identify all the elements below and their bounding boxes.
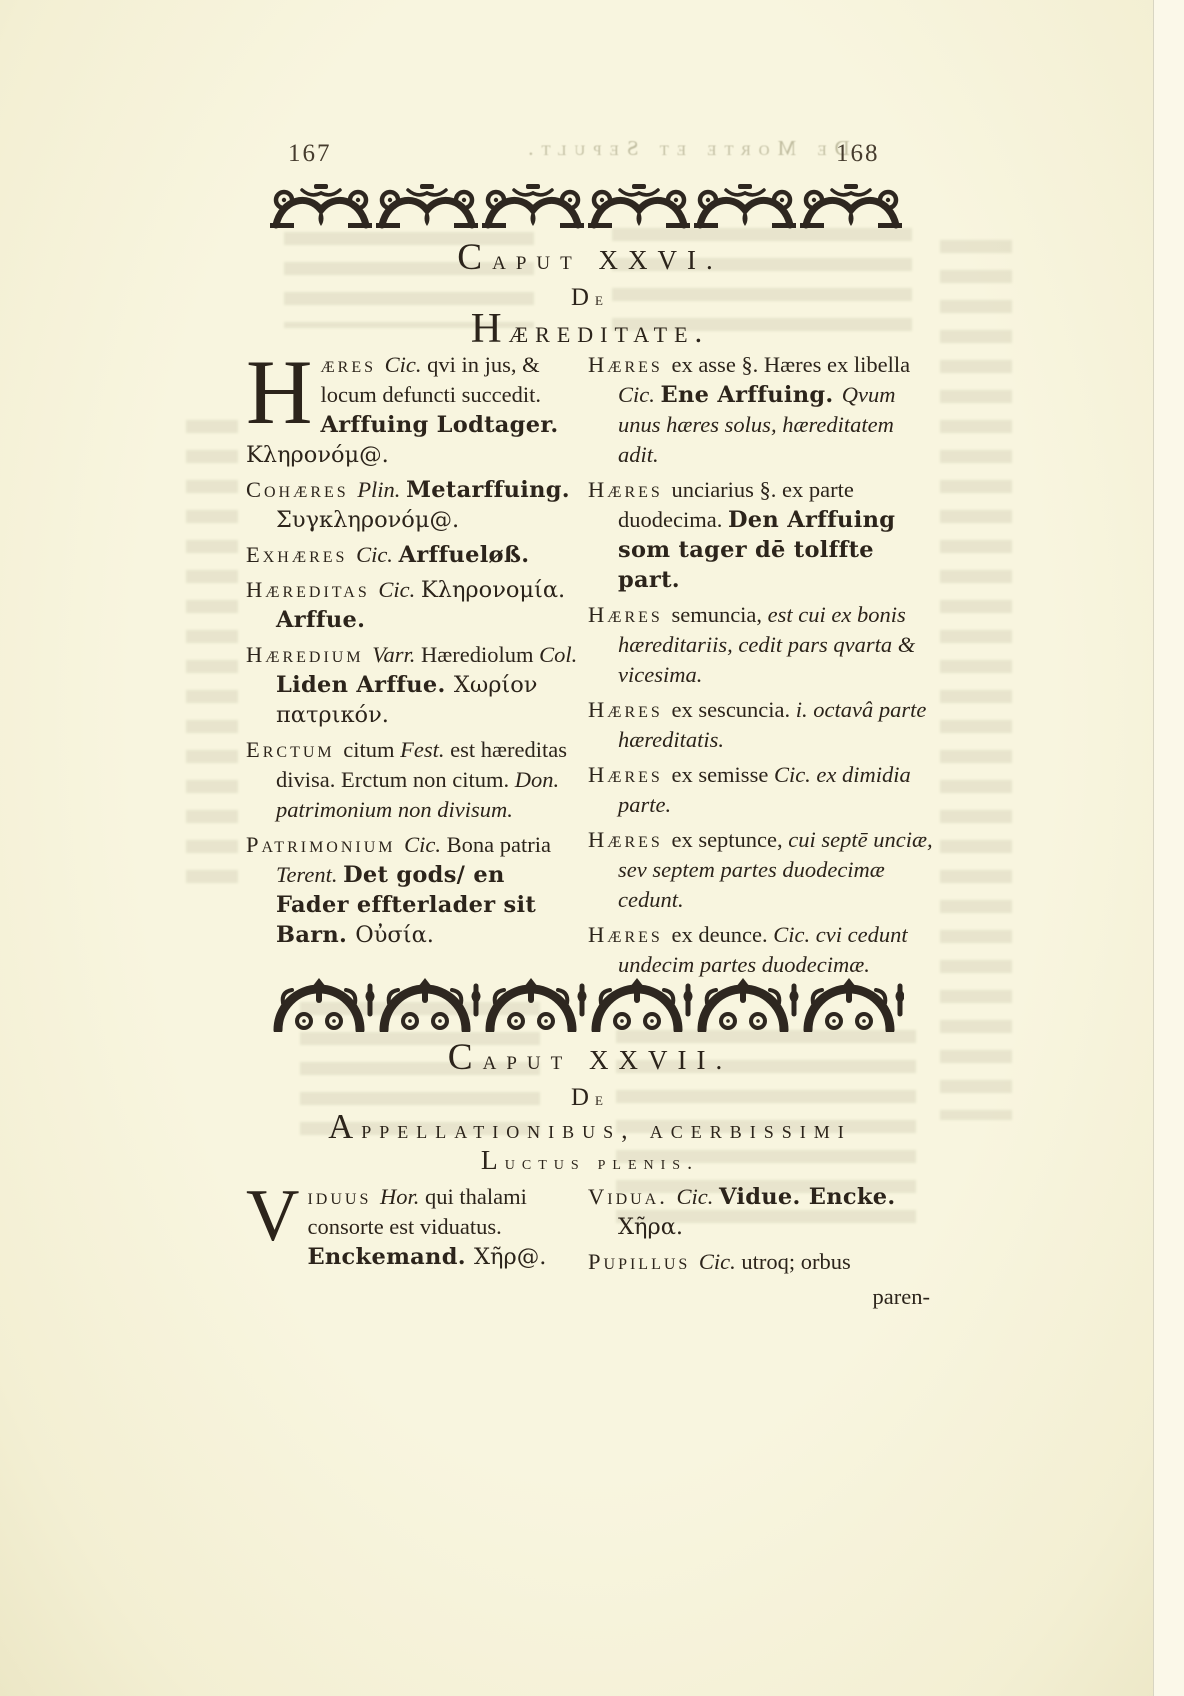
text-segment-sc: Exhæres	[246, 542, 356, 567]
text-segment-i: Fest.	[400, 737, 450, 762]
text-segment-r: ex semisse	[671, 762, 773, 787]
entry-text: iduus Hor. qui thalami consorte est vidu…	[307, 1184, 546, 1269]
text-segment-sc: Hæres	[588, 697, 671, 722]
text-segment-i: Col.	[539, 642, 577, 667]
text-segment-sc: Hæres	[588, 477, 671, 502]
text-segment-fr: Metarffuing.	[406, 477, 570, 503]
chapter-title-line1: Appellationibus, acerbissimi	[245, 1108, 935, 1147]
text-segment-sc: Hæreditas	[246, 577, 378, 602]
text-segment-sc: iduus	[307, 1184, 380, 1209]
text-segment-i: Cic.	[385, 352, 428, 377]
ghost-bleedthrough	[186, 420, 238, 890]
column-number-left: 167	[288, 140, 332, 168]
text-segment-r: ex sescuncia.	[671, 697, 795, 722]
text-segment-r: semuncia,	[671, 602, 767, 627]
text-segment-i: Cic.	[404, 832, 447, 857]
dictionary-entry: Vidua. Cic. Vidue. Encke. Χῆρα.	[588, 1182, 934, 1242]
dictionary-entry: Hæres ex septunce, cui septē unciæ, sev …	[588, 825, 934, 915]
text-segment-r: citum	[343, 737, 400, 762]
text-segment-sc: Hæres	[588, 922, 671, 947]
dictionary-entry: Hæres unciarius §. ex parte duodecima. D…	[588, 475, 934, 595]
headpiece-ornament	[268, 183, 904, 231]
text-segment-i: Cic.	[699, 1249, 742, 1274]
text-segment-sc: Hæres	[588, 352, 671, 377]
text-segment-i: Cic.	[356, 542, 399, 567]
text-segment-r: Bona patria	[447, 832, 551, 857]
dictionary-entry: Hæres Cic. qvi in jus, & locum defuncti …	[246, 350, 578, 470]
column-number-right: 168	[836, 140, 880, 168]
drop-cap-initial: H	[246, 350, 320, 430]
page-edge	[1153, 0, 1184, 1696]
text-segment-sc: Cohæres	[246, 477, 357, 502]
text-segment-r: utroq; orbus	[741, 1249, 850, 1274]
drop-cap-initial: V	[246, 1182, 307, 1246]
text-segment-sc: Patrimonium	[246, 832, 404, 857]
chapter-heading: Caput XXVI.	[245, 236, 935, 279]
text-segment-sc: Hæres	[588, 762, 671, 787]
left-column: Viduus Hor. qui thalami consorte est vid…	[246, 1182, 578, 1277]
text-segment-i: Plin.	[357, 477, 406, 502]
right-column: Hæres ex asse §. Hæres ex libella Cic. E…	[588, 350, 934, 985]
text-segment-sc: Hæres	[588, 602, 671, 627]
chapter-title: Hæreditate.	[245, 304, 935, 353]
dictionary-entry: Erctum citum Fest. est hæreditas divisa.…	[246, 735, 578, 825]
tailpiece-ornament	[268, 976, 904, 1032]
text-segment-r: Hærediolum	[421, 642, 539, 667]
right-column: Vidua. Cic. Vidue. Encke. Χῆρα. Pupillus…	[588, 1182, 934, 1312]
dictionary-entry: Hæres ex deunce. Cic. cvi cedunt undecim…	[588, 920, 934, 980]
text-segment-fr: Arffue.	[276, 607, 365, 633]
catchword: paren-	[588, 1282, 934, 1312]
dictionary-entry: Pupillus Cic. utroq; orbus	[588, 1247, 934, 1277]
text-segment-fr: Vidue. Encke.	[719, 1184, 896, 1210]
text-segment-gr: Χῆρα.	[618, 1214, 683, 1240]
text-segment-i: Varr.	[372, 642, 421, 667]
dictionary-entry: Hæres ex asse §. Hæres ex libella Cic. E…	[588, 350, 934, 470]
text-segment-i: Cic.	[378, 577, 421, 602]
text-segment-gr: Χῆρ@.	[474, 1244, 546, 1270]
chapter-heading: Caput XXVII.	[245, 1036, 935, 1079]
text-segment-sc: Hæres	[588, 827, 671, 852]
text-segment-sc: Pupillus	[588, 1249, 699, 1274]
dictionary-entry: Hæredium Varr. Hærediolum Col. Liden Arf…	[246, 640, 578, 730]
text-segment-gr: Κληρονόμ@.	[246, 442, 389, 468]
text-segment-r: ex deunce.	[671, 922, 773, 947]
text-segment-r: ex asse §. Hæres ex libella	[671, 352, 910, 377]
text-segment-sc: Erctum	[246, 737, 343, 762]
dictionary-entry: Hæres ex sescuncia. i. octavâ parte hære…	[588, 695, 934, 755]
text-segment-fr: Arffuing Lodtager.	[320, 412, 558, 438]
dictionary-entry: Viduus Hor. qui thalami consorte est vid…	[246, 1182, 578, 1272]
left-column: Hæres Cic. qvi in jus, & locum defuncti …	[246, 350, 578, 955]
text-segment-fr: Enckemand.	[307, 1244, 474, 1270]
chapter-title-line2: Luctus plenis.	[245, 1144, 935, 1176]
text-segment-i: Hor.	[380, 1184, 425, 1209]
text-segment-sc: Vidua.	[588, 1184, 677, 1209]
dictionary-entry: Hæreditas Cic. Κληρονομία. Arffue.	[246, 575, 578, 635]
dictionary-entry: Cohæres Plin. Metarffuing. Συγκληρονόμ@.	[246, 475, 578, 535]
text-segment-gr: Κληρονομία.	[421, 577, 565, 603]
text-segment-r: ex septunce,	[671, 827, 788, 852]
text-segment-gr: Οὐσία.	[355, 922, 434, 948]
text-segment-fr: Liden Arffue.	[276, 672, 454, 698]
dictionary-entry: Hæres ex semisse Cic. ex dimidia parte.	[588, 760, 934, 820]
ghost-bleedthrough	[940, 240, 1012, 1120]
text-segment-gr: Συγκληρονόμ@.	[276, 507, 459, 533]
dictionary-entry: Exhæres Cic. Arffueløß.	[246, 540, 578, 570]
text-segment-sc: æres	[320, 352, 384, 377]
text-segment-sc: Hæredium	[246, 642, 372, 667]
text-segment-i: Cic.	[677, 1184, 720, 1209]
dictionary-entry: Patrimonium Cic. Bona patria Terent. Det…	[246, 830, 578, 950]
text-segment-fr: Ene Arffuing.	[661, 382, 842, 408]
dictionary-entry: Hæres semuncia, est cui ex bonis hæredit…	[588, 600, 934, 690]
text-segment-fr: Arffueløß.	[399, 542, 530, 568]
text-segment-i: Terent.	[276, 862, 343, 887]
text-segment-i: Cic.	[618, 382, 661, 407]
scanned-book-page: De Morte et Sepult. 167 168	[0, 0, 1184, 1696]
